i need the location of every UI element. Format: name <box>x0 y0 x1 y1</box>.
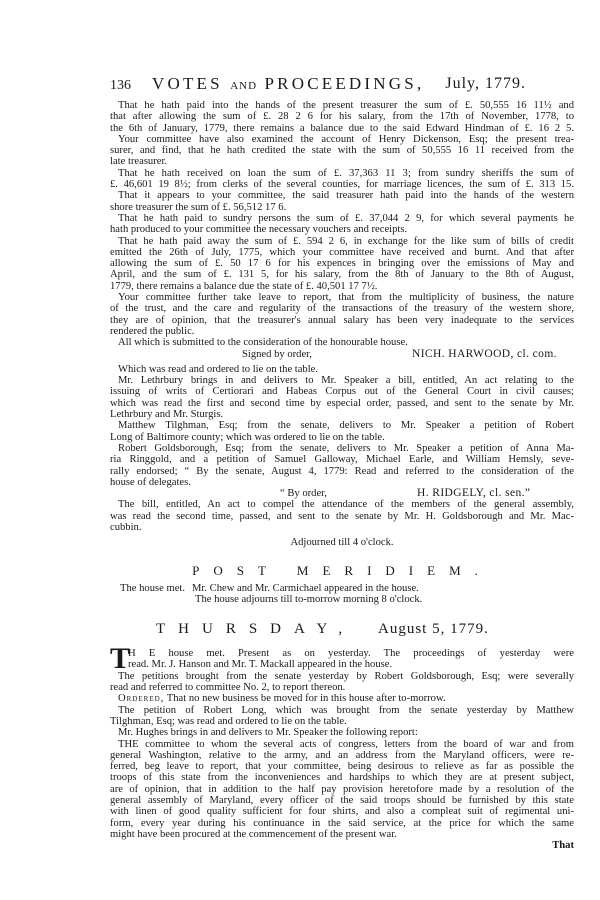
text-line: Mr. Hughes brings in and delivers to Mr.… <box>110 727 574 738</box>
text-line: Long of Baltimore county; which was orde… <box>110 432 574 443</box>
text-line: THE committee to whom the several acts o… <box>110 739 574 750</box>
page-number: 136 <box>110 78 131 94</box>
text-line: late treasurer. <box>110 156 574 167</box>
running-date: July, 1779. <box>445 75 526 93</box>
text-line: they are of opinion, that the treasurer'… <box>110 315 574 326</box>
treasury-report: That he hath paid into the hands of the … <box>110 100 574 360</box>
text-line: troops of this state from the inconvenie… <box>110 772 574 783</box>
house-met-row: The house met. Mr. Chew and Mr. Carmicha… <box>110 583 574 594</box>
text-line: read and referred to committee No. 2, to… <box>110 682 574 693</box>
ordered-line: Ordered, That no new business be moved f… <box>110 693 574 704</box>
text-line: rendered the public. <box>110 326 574 337</box>
text-line: issuing of writs of Certiorari and Habea… <box>110 386 574 397</box>
text-line: Tilghman, Esq; was read and ordered to l… <box>110 716 574 727</box>
ordered-text: That no new business be moved for in thi… <box>167 693 446 704</box>
morning-proceedings: Which was read and ordered to lie on the… <box>110 364 574 549</box>
text-line: Robert Goldsborough, Esq; from the senat… <box>110 443 574 454</box>
text-line: Lethrbury and Mr. Sturgis. <box>110 409 574 420</box>
day-date: August 5, 1779. <box>378 619 489 639</box>
text-line: The bill, entitled, An act to compel the… <box>110 499 574 510</box>
senate-clerk-name: H. RIDGELY, cl. sen.” <box>417 488 530 499</box>
text-line: surer, and find, that he hath credited t… <box>110 145 574 156</box>
text-line: £. 46,601 19 8½; from clerks of the seve… <box>110 179 574 190</box>
text-line: read. Mr. J. Hanson and Mr. T. Mackall a… <box>110 659 574 670</box>
text-line: That he hath received on loan the sum of… <box>110 168 574 179</box>
text-line: general Washington, relative to the army… <box>110 750 574 761</box>
house-met-text: The house met. <box>120 583 185 594</box>
text-line: might have been procured at the commence… <box>110 829 574 840</box>
document-page: 136 VOTES AND PROCEEDINGS, July, 1779. T… <box>110 74 574 852</box>
opening-paragraph: T H E house met. Present as on yesterday… <box>110 648 574 671</box>
running-title: VOTES AND PROCEEDINGS, <box>152 74 424 94</box>
day-name: THURSDAY, <box>156 619 355 639</box>
adjourns-text: The house adjourns till to-morrow mornin… <box>195 594 422 605</box>
text-line: 1779, there remains a balance due the st… <box>110 281 574 292</box>
text-line: form, every year during his continuance … <box>110 818 574 829</box>
text-line: with linen of good quality sufficient fo… <box>110 806 574 817</box>
by-order-label: “ By order, <box>280 488 327 499</box>
adjourned-note: Adjourned till 4 o'clock. <box>110 537 574 548</box>
signed-label: Signed by order, <box>242 349 312 360</box>
text-line: Matthew Tilghman, Esq; from the senate, … <box>110 420 574 431</box>
text-line: which was read the first and second time… <box>110 398 574 409</box>
text-line: was read the second time, passed, and se… <box>110 511 574 522</box>
text-line: shore treasurer the sum of £. 56,512 17 … <box>110 202 574 213</box>
text-line: that after allowing the sum of £. 28 2 6… <box>110 111 574 122</box>
text-line: allowing the sum of £. 50 17 6 for his e… <box>110 258 574 269</box>
text-line: Mr. Lethrbury brings in and delivers to … <box>110 375 574 386</box>
thursday-section: THURSDAY, August 5, 1779. T H E house me… <box>110 619 574 852</box>
text-line: emitted the 26th of July, 1775, which yo… <box>110 247 574 258</box>
section-heading-post-meridiem: POST MERIDIEM. <box>110 563 574 579</box>
text-line: H E house met. Present as on yesterday. … <box>110 648 574 659</box>
text-line: the 6th of January, 1779, there remains … <box>110 123 574 134</box>
text-line: cubbin. <box>110 522 574 533</box>
text-line: of the trust, and the care and regularit… <box>110 303 574 314</box>
catchword-row: That <box>110 840 574 852</box>
drop-cap-letter: T <box>110 646 130 672</box>
text-line: The petitions brought from the senate ye… <box>110 671 574 682</box>
appeared-text: Mr. Chew and Mr. Carmichael appeared in … <box>192 583 419 594</box>
text-line: The petition of Robert Long, which was b… <box>110 705 574 716</box>
text-line: general assembly of Maryland, every offi… <box>110 795 574 806</box>
day-heading: THURSDAY, August 5, 1779. <box>110 619 574 639</box>
text-line: That he hath paid to sundry persons the … <box>110 213 574 224</box>
text-line: are of opinion, that in addition to the … <box>110 784 574 795</box>
text-line: April, and the sum of £. 131 5, for his … <box>110 269 574 280</box>
ordered-label: Ordered, <box>118 693 164 704</box>
text-line: That it appears to your committee, the s… <box>110 190 574 201</box>
text-line: Which was read and ordered to lie on the… <box>110 364 574 375</box>
running-head: 136 VOTES AND PROCEEDINGS, July, 1779. <box>110 74 574 96</box>
text-line: rally endorsed; “ By the senate, August … <box>110 466 574 477</box>
text-line: Your committee have also examined the ac… <box>110 134 574 145</box>
signature-row: Signed by order, NICH. HARWOOD, cl. com. <box>110 349 574 360</box>
post-meridiem-section: POST MERIDIEM. The house met. Mr. Chew a… <box>110 563 574 606</box>
text-line: hath produced to your committee the nece… <box>110 224 574 235</box>
senate-signature-row: “ By order, H. RIDGELY, cl. sen.” <box>110 488 574 499</box>
text-line: All which is submitted to the considerat… <box>110 337 574 348</box>
title-proceedings: PROCEEDINGS, <box>265 74 425 93</box>
text-line: That he hath paid into the hands of the … <box>110 100 574 111</box>
adjourns-row: The house adjourns till to-morrow mornin… <box>110 594 574 605</box>
catchword: That <box>552 840 574 851</box>
text-line: Your committee further take leave to rep… <box>110 292 574 303</box>
text-line: ria Ringgold, and a petition of Samuel G… <box>110 454 574 465</box>
signatory-name: NICH. HARWOOD, cl. com. <box>412 349 557 360</box>
title-votes: VOTES <box>152 74 223 93</box>
text-line: ferred, beg leave to report, that your c… <box>110 761 574 772</box>
title-and: AND <box>230 80 257 92</box>
text-line: That he hath paid away the sum of £. 594… <box>110 236 574 247</box>
